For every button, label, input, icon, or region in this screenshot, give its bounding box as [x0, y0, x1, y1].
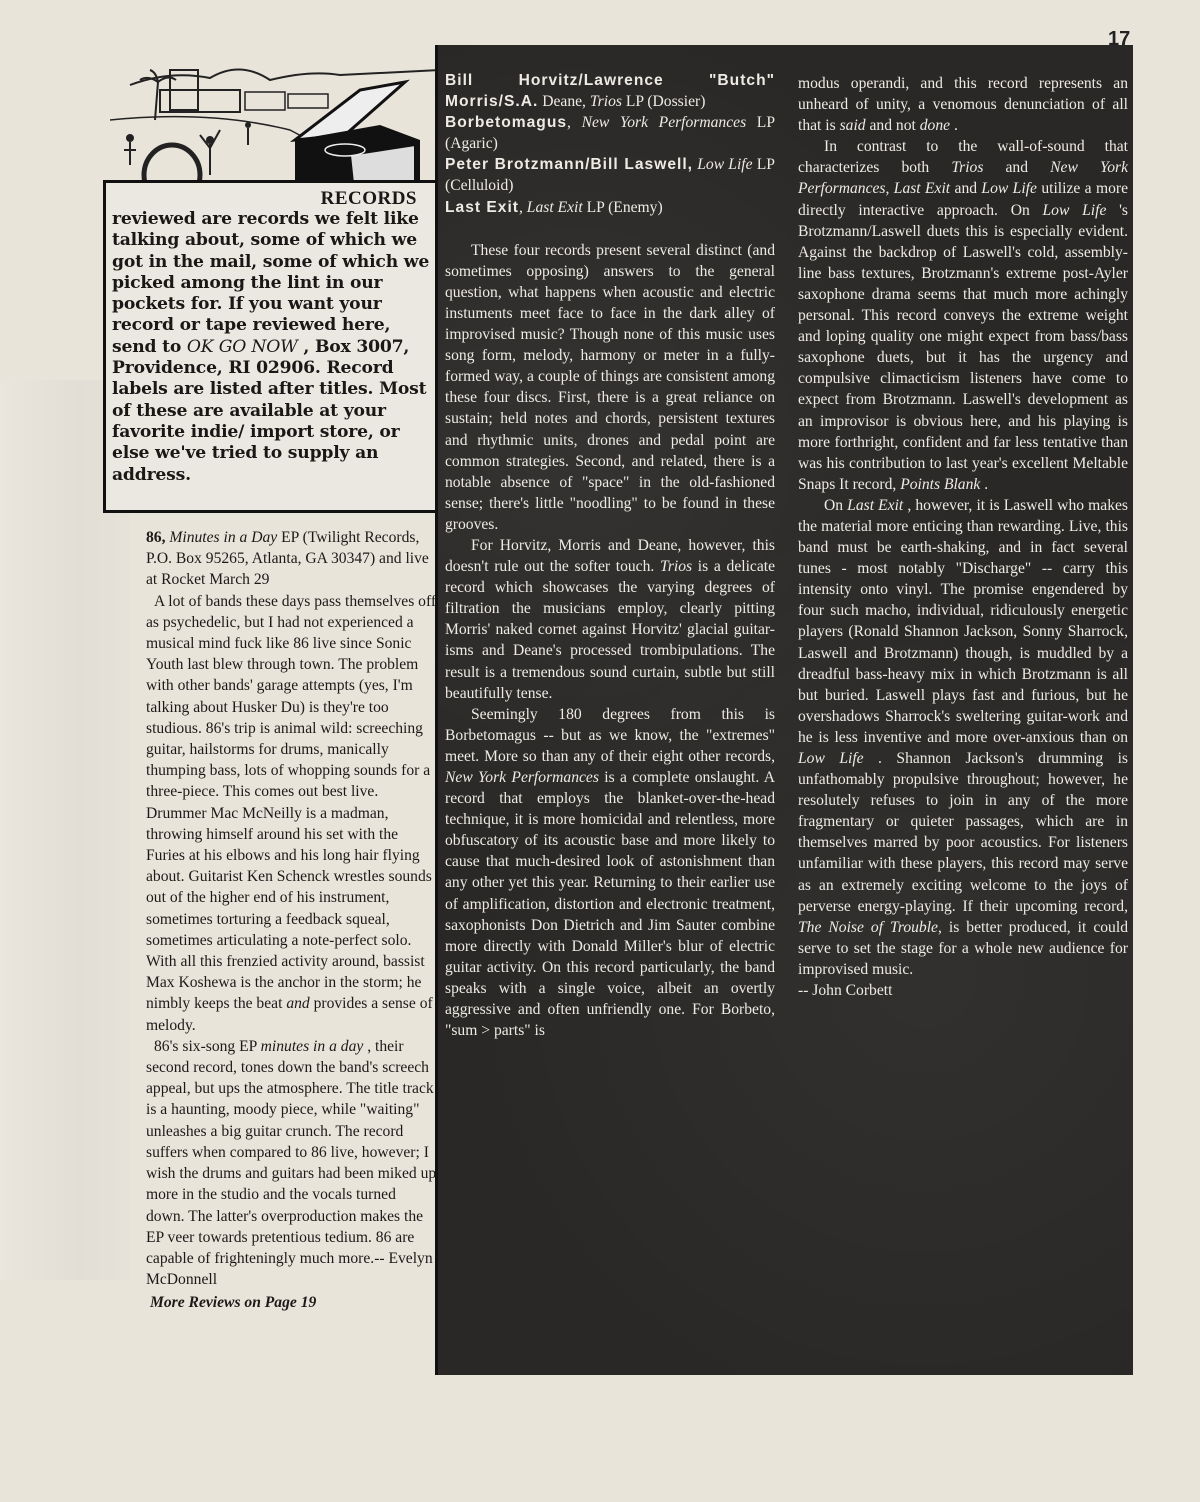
artist: Peter Brotzmann/Bill Laswell,: [445, 156, 693, 173]
listing: Bill Horvitz/Lawrence "Butch" Morris/S.A…: [445, 70, 775, 112]
album-title: New York Performances: [582, 114, 747, 131]
album-title: Last Exit: [527, 199, 583, 216]
label: LP (Enemy): [583, 199, 663, 216]
text: ,: [567, 114, 582, 131]
album-title: minutes in a day: [261, 1038, 364, 1055]
emphasis: done: [920, 117, 950, 134]
review-86-column: 86, Minutes in a Day EP (Twilight Record…: [146, 527, 438, 1314]
review-86-paragraph: 86's six-song EP minutes in a day , thei…: [146, 1036, 438, 1290]
album-title: Trios: [951, 159, 983, 176]
beach-record-player-illustration: [110, 30, 440, 185]
review-paragraph: modus operandi, and this record represen…: [798, 73, 1128, 136]
emphasis: said: [840, 117, 866, 134]
records-heading: RECORDS: [112, 189, 417, 209]
text: ,: [885, 180, 893, 197]
review-paragraph: In contrast to the wall-of-sound that ch…: [798, 136, 1128, 495]
band-name: 86,: [146, 529, 169, 546]
album-title: Points Blank: [900, 476, 980, 493]
review-paragraph: For Horvitz, Morris and Deane, however, …: [445, 535, 775, 704]
text: Deane,: [538, 93, 590, 110]
text: , however, it is Laswell who makes the m…: [798, 497, 1128, 746]
album-title: Low Life: [981, 180, 1037, 197]
text: On: [824, 497, 847, 514]
review-86-heading: 86, Minutes in a Day EP (Twilight Record…: [146, 527, 438, 591]
improv-review-column-2: modus operandi, and this record represen…: [798, 73, 1128, 1001]
album-title: Low Life: [1043, 202, 1107, 219]
record-listings: Bill Horvitz/Lawrence "Butch" Morris/S.A…: [445, 70, 775, 218]
text: and: [983, 159, 1050, 176]
text: .: [980, 476, 988, 493]
records-intro-box: RECORDS reviewed are records we felt lik…: [103, 180, 440, 513]
text: A lot of bands these days pass themselve…: [146, 593, 436, 1013]
album-title: Trios: [660, 558, 692, 575]
album-title: New York Performances: [445, 769, 599, 786]
text: and not: [866, 117, 920, 134]
review-86-paragraph: A lot of bands these days pass themselve…: [146, 591, 438, 1036]
text: is a delicate record which showcases the…: [445, 558, 775, 702]
review-paragraph: On Last Exit , however, it is Laswell wh…: [798, 495, 1128, 980]
text: and: [950, 180, 981, 197]
text: ,: [519, 199, 527, 216]
emphasis: and: [286, 995, 309, 1012]
album-title: Low Life: [798, 750, 864, 767]
review-paragraph: Seemingly 180 degrees from this is Borbe…: [445, 704, 775, 1042]
listing: Last Exit, Last Exit LP (Enemy): [445, 197, 775, 218]
text: 's Brotzmann/Laswell duets this is espec…: [798, 202, 1128, 493]
album-title: Low Life: [697, 156, 752, 173]
improv-review-column-1: Bill Horvitz/Lawrence "Butch" Morris/S.A…: [445, 70, 775, 1041]
illustration-icon: [110, 30, 440, 185]
intro-text-part: , Box 3007, Providence, RI 02906. Record…: [112, 337, 426, 485]
album-title: Minutes in a Day: [169, 529, 277, 546]
artist: Borbetomagus: [445, 114, 567, 131]
artist: Last Exit: [445, 199, 519, 216]
listing: Borbetomagus, New York Performances LP (…: [445, 112, 775, 154]
magazine-name: OK GO NOW: [187, 337, 298, 357]
text: 86's six-song EP: [154, 1038, 261, 1055]
page-bleed-through: [0, 380, 130, 1280]
text: , their second record, tones down the ba…: [146, 1038, 436, 1288]
album-title: Last Exit: [847, 497, 903, 514]
intro-text-part: reviewed are records we felt like talkin…: [112, 209, 429, 357]
text: . Shannon Jackson's drumming is unfathom…: [798, 750, 1128, 915]
records-intro-text: reviewed are records we felt like talkin…: [112, 209, 431, 486]
text: .: [950, 117, 958, 134]
album-title: Last Exit: [894, 180, 950, 197]
byline: -- John Corbett: [798, 980, 1128, 1001]
label: LP (Dossier): [622, 93, 705, 110]
more-reviews-link[interactable]: More Reviews on Page 19: [146, 1292, 438, 1313]
text: Seemingly 180 degrees from this is Borbe…: [445, 706, 775, 765]
album-title: The Noise of Trouble: [798, 919, 938, 936]
review-paragraph: These four records present several disti…: [445, 240, 775, 535]
listing: Peter Brotzmann/Bill Laswell, Low Life L…: [445, 154, 775, 196]
text: is a complete onslaught. A record that e…: [445, 769, 775, 1039]
album-title: Trios: [590, 93, 622, 110]
